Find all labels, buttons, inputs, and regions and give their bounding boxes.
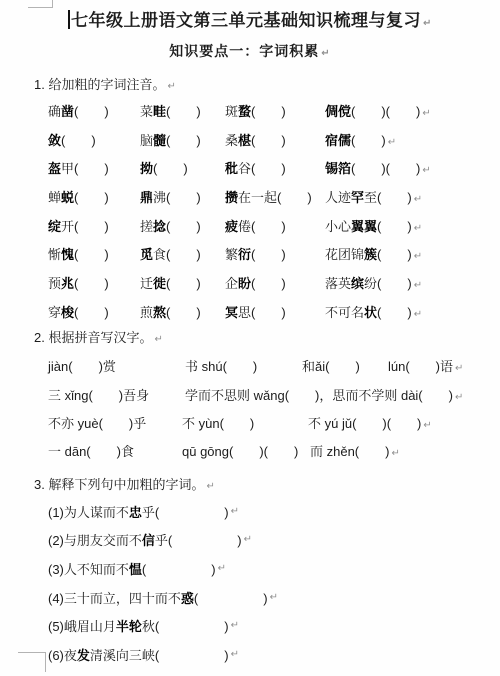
pinyin-row: jiàn( )赏书 shú( )和ǎi( )lún( )语↵	[48, 352, 500, 380]
word-item: 人迹罕至( )↵	[325, 187, 500, 206]
answer-blank-parens: ( )	[251, 133, 286, 148]
answer-blank-parens: ( )	[377, 305, 412, 320]
answer-blank-parens: ( )	[277, 190, 312, 205]
answer-blank-parens: ( )	[166, 305, 201, 320]
pinyin-blank-item: 不 yú jǔ( )( )↵	[308, 413, 432, 432]
word-prefix: 脑	[140, 133, 153, 148]
paragraph-mark-icon: ↵	[388, 137, 396, 148]
paragraph-mark-icon: ↵	[414, 251, 422, 262]
word-item: 秕谷( )	[225, 158, 325, 177]
section1-heading-text: 1. 给加粗的字词注音。	[34, 77, 165, 92]
paragraph-mark-icon: ↵	[231, 506, 239, 517]
word-item: 穿梭( )	[48, 302, 140, 321]
word-prefix: 不可名	[325, 305, 364, 320]
word-item: 花团锦簇( )↵	[325, 244, 500, 263]
answer-blank-parens: ( )	[74, 305, 109, 320]
word-item: 不可名状( )↵	[325, 302, 500, 321]
word-prefix: 企	[225, 276, 238, 291]
answer-blank-parens: ( )	[142, 559, 216, 578]
paragraph-mark-icon: ↵	[391, 448, 399, 459]
paragraph-mark-icon: ↵	[422, 108, 430, 119]
sentence-suffix: 乎	[155, 530, 168, 549]
explain-item: (3)人不知而不愠( )↵	[48, 554, 500, 583]
word-item: 拗( )	[140, 158, 225, 177]
word-suffix: 沸	[153, 190, 166, 205]
margin-mark-top-left-icon	[28, 0, 53, 8]
answer-blank-parens: ( )	[194, 588, 268, 607]
answer-blank-parens: ( )	[74, 161, 109, 176]
word-bold: 秕	[225, 161, 238, 176]
word-bold: 罕	[351, 190, 364, 205]
word-item: 繁衍( )	[225, 244, 325, 263]
answer-blank-parens: ( )	[251, 247, 286, 262]
sentence-bold: 愠	[129, 559, 142, 578]
word-bold: 梭	[61, 305, 74, 320]
word-suffix: 倦	[238, 219, 251, 234]
paragraph-mark-icon: ↵	[414, 309, 422, 320]
answer-blank-parens: ( )	[351, 133, 386, 148]
sentence-suffix: 乎	[142, 502, 155, 521]
paragraph-mark-icon: ↵	[455, 392, 463, 403]
word-prefix: 小心	[325, 219, 351, 234]
answer-blank-parens: ( )	[166, 104, 201, 119]
subtitle-line: 知识要点一：字词积累↵	[0, 41, 500, 61]
word-suffix: 思	[238, 305, 251, 320]
paragraph-mark-icon: ↵	[231, 649, 239, 660]
word-bold: 缤	[351, 276, 364, 291]
word-item: 确凿( )	[48, 101, 140, 120]
section2-heading: 2. 根据拼音写汉字。↵	[34, 327, 500, 346]
annotation-row: 穿梭( )煎熬( )冥思( )不可名状( )↵	[48, 297, 500, 326]
word-item: 惭愧( )	[48, 244, 140, 263]
answer-blank-parens: ( )	[155, 616, 229, 635]
word-bold: 鼎	[140, 190, 153, 205]
word-item: 桑椹( )	[225, 130, 325, 149]
explain-item: (1)为人谋而不忠乎( )↵	[48, 497, 500, 526]
paragraph-mark-icon: ↵	[321, 48, 330, 59]
paragraph-mark-icon: ↵	[422, 165, 430, 176]
explain-item: (6)夜发清溪向三峡( )↵	[48, 640, 500, 669]
word-item: 落英缤纷( )↵	[325, 273, 500, 292]
write-characters-grid: jiàn( )赏书 shú( )和ǎi( )lún( )语↵三 xǐng( )吾…	[48, 352, 500, 466]
word-suffix: 谷	[238, 161, 251, 176]
explain-item: (4)三十而立，四十而不惑( )↵	[48, 583, 500, 612]
word-item: 盔甲( )	[48, 158, 140, 177]
word-prefix: 煎	[140, 305, 153, 320]
word-prefix: 花团锦	[325, 247, 364, 262]
word-prefix: 搓	[140, 219, 153, 234]
word-prefix: 斑	[225, 104, 238, 119]
word-bold: 盼	[238, 276, 251, 291]
word-bold: 倜傥	[325, 104, 351, 119]
answer-blank-parens: ( )	[251, 161, 286, 176]
word-item: 敛( )	[48, 130, 140, 149]
paragraph-mark-icon: ↵	[218, 563, 226, 574]
sentence-bold: 信	[142, 530, 155, 549]
page-title: 七年级上册语文第三单元基础知识梳理与复习	[71, 11, 421, 30]
paragraph-mark-icon: ↵	[244, 534, 252, 545]
answer-blank-parens: ( )	[74, 219, 109, 234]
word-bold: 愧	[61, 247, 74, 262]
answer-blank-parens: ( )	[153, 161, 188, 176]
pinyin-annotation-grid: 确凿( )菜畦( )斑蝥( )倜傥( )( )↵敛( )脑髓( )桑椹( )宿儒…	[48, 96, 500, 326]
word-item: 斑蝥( )	[225, 101, 325, 120]
pinyin-blank-item: 学而不思则 wǎng( )，思而不学则 dài( )↵	[185, 385, 463, 404]
word-item: 疲倦( )	[225, 216, 325, 235]
word-bold: 盔	[48, 161, 61, 176]
word-prefix: 预	[48, 276, 61, 291]
answer-blank-parens: ( )	[74, 276, 109, 291]
pinyin-row: 不亦 yuè( )乎不 yùn( )不 yú jǔ( )( )↵	[48, 408, 500, 436]
pinyin-blank-item: 三 xǐng( )吾身	[48, 385, 185, 404]
sentence-prefix: (3)人不知而不	[48, 559, 129, 578]
paragraph-mark-icon: ↵	[206, 481, 214, 492]
sentence-suffix: 秋	[142, 616, 155, 635]
answer-blank-parens: ( )	[377, 247, 412, 262]
word-bold: 攒	[225, 190, 238, 205]
word-item: 冥思( )	[225, 302, 325, 321]
answer-blank-parens: ( )	[74, 190, 109, 205]
answer-blank-parens: ( )	[155, 645, 229, 664]
answer-blank-parens: ( )	[166, 219, 201, 234]
word-bold: 徙	[153, 276, 166, 291]
sentence-prefix: (1)为人谋而不	[48, 502, 129, 521]
paragraph-mark-icon: ↵	[231, 620, 239, 631]
word-suffix: 纷	[364, 276, 377, 291]
word-item: 鼎沸( )	[140, 187, 225, 206]
answer-blank-parens: ( )	[251, 104, 286, 119]
paragraph-mark-icon: ↵	[154, 334, 162, 345]
answer-blank-parens: ( )	[166, 190, 201, 205]
word-suffix: 食	[153, 247, 166, 262]
word-bold: 冥	[225, 305, 238, 320]
annotation-row: 预兆( )迁徙( )企盼( )落英缤纷( )↵	[48, 268, 500, 297]
page-subtitle: 知识要点一：字词积累	[169, 43, 319, 59]
word-bold: 敛	[48, 133, 61, 148]
answer-blank-parens: ( )	[377, 190, 412, 205]
word-bold: 簇	[364, 247, 377, 262]
paragraph-mark-icon: ↵	[414, 223, 422, 234]
answer-blank-parens: ( )	[155, 502, 229, 521]
answer-blank-parens: ( )( )	[351, 104, 420, 119]
word-bold: 觅	[140, 247, 153, 262]
annotation-row: 绽开( )搓捻( )疲倦( )小心翼翼( )↵	[48, 211, 500, 240]
pinyin-blank-item: jiàn( )赏	[48, 356, 185, 375]
word-prefix: 菜	[140, 104, 153, 119]
answer-blank-parens: ( )	[166, 247, 201, 262]
pinyin-blank-item: 书 shú( )	[185, 356, 302, 375]
word-bold: 宿儒	[325, 133, 351, 148]
annotation-row: 蝉蜕( )鼎沸( )攒在一起( )人迹罕至( )↵	[48, 182, 500, 211]
explain-item: (5)峨眉山月半轮秋( )↵	[48, 611, 500, 640]
sentence-bold: 惑	[181, 588, 194, 607]
word-prefix: 确	[48, 104, 61, 119]
text-cursor	[68, 10, 70, 29]
pinyin-blank-item: 而 zhěn( )↵	[310, 441, 400, 460]
sentence-bold: 发	[77, 645, 90, 664]
section3-heading: 3. 解释下列句中加粗的字词。↵	[34, 474, 500, 493]
annotation-row: 盔甲( )拗( )秕谷( )锡箔( )( )↵	[48, 153, 500, 182]
word-bold: 翼翼	[351, 219, 377, 234]
word-item: 绽开( )	[48, 216, 140, 235]
word-bold: 畦	[153, 104, 166, 119]
annotation-row: 确凿( )菜畦( )斑蝥( )倜傥( )( )↵	[48, 96, 500, 125]
word-item: 锡箔( )( )↵	[325, 158, 500, 177]
answer-blank-parens: ( )	[251, 219, 286, 234]
answer-blank-parens: ( )( )	[351, 161, 420, 176]
word-item: 菜畦( )	[140, 101, 225, 120]
answer-blank-parens: ( )	[166, 133, 201, 148]
word-suffix: 至	[364, 190, 377, 205]
word-bold: 衍	[238, 247, 251, 262]
word-bold: 兆	[61, 276, 74, 291]
word-bold: 髓	[153, 133, 166, 148]
word-bold: 疲	[225, 219, 238, 234]
word-item: 企盼( )	[225, 273, 325, 292]
sentence-suffix: 清溪向三峡	[90, 645, 155, 664]
annotation-row: 敛( )脑髓( )桑椹( )宿儒( )↵	[48, 125, 500, 154]
explain-words-list: (1)为人谋而不忠乎( )↵(2)与朋友交而不信乎( )↵(3)人不知而不愠( …	[48, 497, 500, 669]
paragraph-mark-icon: ↵	[414, 194, 422, 205]
sentence-prefix: (4)三十而立，四十而不	[48, 588, 181, 607]
word-item: 煎熬( )	[140, 302, 225, 321]
word-bold: 熬	[153, 305, 166, 320]
answer-blank-parens: ( )	[377, 276, 412, 291]
title-line: 七年级上册语文第三单元基础知识梳理与复习↵	[0, 6, 500, 31]
pinyin-blank-item: 一 dān( )食	[48, 441, 182, 460]
sentence-bold: 忠	[129, 502, 142, 521]
pinyin-row: 一 dān( )食qū gōng( )( )而 zhěn( )↵	[48, 437, 500, 465]
word-item: 攒在一起( )	[225, 187, 325, 206]
section1-heading: 1. 给加粗的字词注音。↵	[34, 74, 500, 93]
sentence-prefix: (6)夜	[48, 645, 77, 664]
word-suffix: 甲	[61, 161, 74, 176]
pinyin-blank-item: 不亦 yuè( )乎	[48, 413, 182, 432]
explain-item: (2)与朋友交而不信乎( )↵	[48, 526, 500, 555]
answer-blank-parens: ( )	[377, 219, 412, 234]
word-bold: 椹	[238, 133, 251, 148]
sentence-bold: 半轮	[116, 616, 142, 635]
paragraph-mark-icon: ↵	[455, 363, 463, 374]
word-suffix: 开	[61, 219, 74, 234]
word-bold: 蝥	[238, 104, 251, 119]
pinyin-row: 三 xǐng( )吾身学而不思则 wǎng( )，思而不学则 dài( )↵	[48, 380, 500, 408]
word-item: 搓捻( )	[140, 216, 225, 235]
word-suffix: 在一起	[238, 190, 277, 205]
answer-blank-parens: ( )	[166, 276, 201, 291]
word-prefix: 惭	[48, 247, 61, 262]
paragraph-mark-icon: ↵	[414, 280, 422, 291]
word-prefix: 穿	[48, 305, 61, 320]
section2-heading-text: 2. 根据拼音写汉字。	[34, 330, 152, 345]
margin-mark-bottom-left-icon	[18, 652, 46, 672]
word-item: 脑髓( )	[140, 130, 225, 149]
word-bold: 凿	[61, 104, 74, 119]
section3-heading-text: 3. 解释下列句中加粗的字词。	[34, 477, 204, 492]
word-prefix: 人迹	[325, 190, 351, 205]
pinyin-blank-item: lún( )语↵	[388, 356, 463, 375]
paragraph-mark-icon: ↵	[167, 81, 175, 92]
word-item: 宿儒( )↵	[325, 130, 500, 149]
word-prefix: 迁	[140, 276, 153, 291]
word-bold: 蜕	[61, 190, 74, 205]
word-item: 迁徙( )	[140, 273, 225, 292]
word-item: 预兆( )	[48, 273, 140, 292]
annotation-row: 惭愧( )觅食( )繁衍( )花团锦簇( )↵	[48, 239, 500, 268]
pinyin-blank-item: qū gōng( )( )	[182, 441, 310, 460]
sentence-prefix: (5)峨眉山月	[48, 616, 116, 635]
word-item: 小心翼翼( )↵	[325, 216, 500, 235]
word-bold: 绽	[48, 219, 61, 234]
document-page: 七年级上册语文第三单元基础知识梳理与复习↵ 知识要点一：字词积累↵ 1. 给加粗…	[0, 0, 500, 676]
word-bold: 拗	[140, 161, 153, 176]
answer-blank-parens: ( )	[74, 104, 109, 119]
paragraph-mark-icon: ↵	[270, 592, 278, 603]
word-bold: 锡箔	[325, 161, 351, 176]
answer-blank-parens: ( )	[251, 305, 286, 320]
pinyin-blank-item: 和ǎi( )	[302, 356, 388, 375]
word-prefix: 落英	[325, 276, 351, 291]
pinyin-blank-item: 不 yùn( )	[182, 413, 308, 432]
answer-blank-parens: ( )	[74, 247, 109, 262]
word-prefix: 桑	[225, 133, 238, 148]
paragraph-mark-icon: ↵	[423, 18, 432, 29]
word-bold: 状	[364, 305, 377, 320]
answer-blank-parens: ( )	[251, 276, 286, 291]
word-bold: 捻	[153, 219, 166, 234]
word-prefix: 繁	[225, 247, 238, 262]
word-item: 蝉蜕( )	[48, 187, 140, 206]
answer-blank-parens: ( )	[61, 133, 96, 148]
sentence-prefix: (2)与朋友交而不	[48, 530, 142, 549]
word-item: 觅食( )	[140, 244, 225, 263]
word-prefix: 蝉	[48, 190, 61, 205]
word-item: 倜傥( )( )↵	[325, 101, 500, 120]
answer-blank-parens: ( )	[168, 530, 242, 549]
paragraph-mark-icon: ↵	[423, 420, 431, 431]
